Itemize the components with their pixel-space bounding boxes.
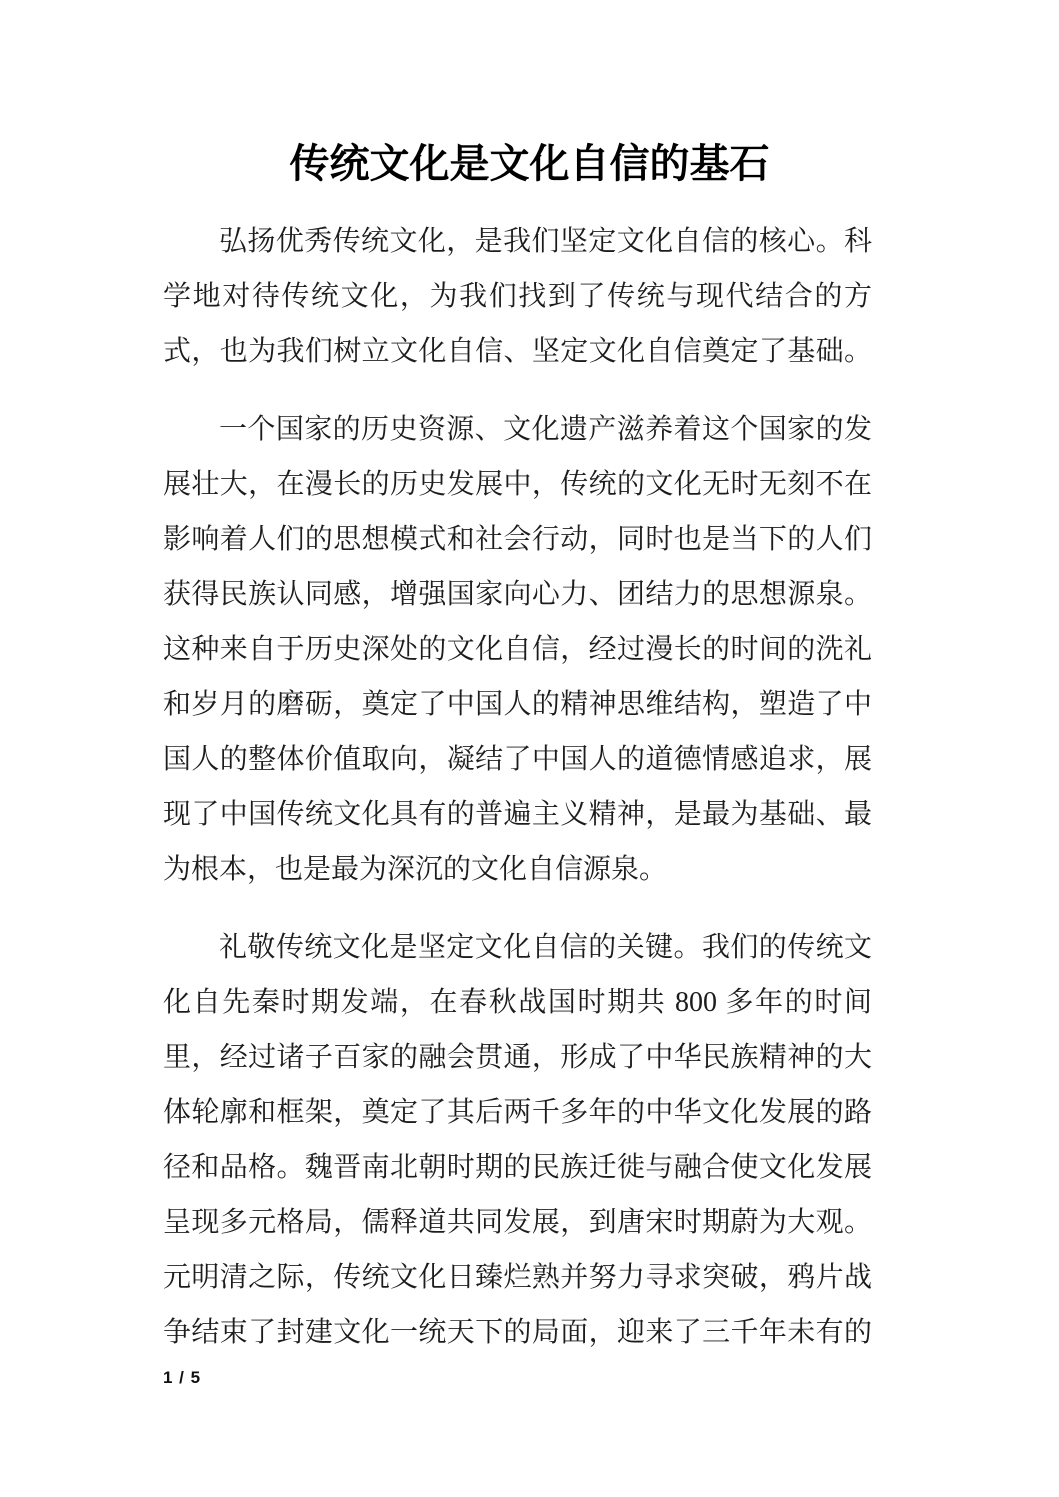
text-line: 径和品格。魏晋南北朝时期的民族迁徙与融合使文化发展 [163, 1140, 872, 1195]
text-line: 弘扬优秀传统文化，是我们坚定文化自信的核心。科 [163, 214, 872, 269]
text-line: 化自先秦时期发端，在春秋战国时期共 800 多年的时间 [163, 975, 872, 1030]
text-line: 里，经过诸子百家的融会贯通，形成了中华民族精神的大 [163, 1030, 872, 1085]
page-number: 1 / 5 [163, 1368, 201, 1388]
text-line: 礼敬传统文化是坚定文化自信的关键。我们的传统文 [163, 920, 872, 975]
document-title: 传统文化是文化自信的基石 [0, 0, 1059, 188]
text-line: 展壮大，在漫长的历史发展中，传统的文化无时无刻不在 [163, 457, 872, 512]
paragraph: 礼敬传统文化是坚定文化自信的关键。我们的传统文化自先秦时期发端，在春秋战国时期共… [163, 920, 872, 1360]
text-line: 争结束了封建文化一统天下的局面，迎来了三千年未有的 [163, 1305, 872, 1360]
document-page: 传统文化是文化自信的基石 弘扬优秀传统文化，是我们坚定文化自信的核心。科学地对待… [0, 0, 1059, 1497]
text-line: 影响着人们的思想模式和社会行动，同时也是当下的人们 [163, 512, 872, 567]
text-line: 元明清之际，传统文化日臻烂熟并努力寻求突破，鸦片战 [163, 1250, 872, 1305]
text-line: 式，也为我们树立文化自信、坚定文化自信奠定了基础。 [163, 324, 872, 379]
text-line: 这种来自于历史深处的文化自信，经过漫长的时间的洗礼 [163, 622, 872, 677]
paragraph: 一个国家的历史资源、文化遗产滋养着这个国家的发展壮大，在漫长的历史发展中，传统的… [163, 402, 872, 897]
document-body: 弘扬优秀传统文化，是我们坚定文化自信的核心。科学地对待传统文化，为我们找到了传统… [163, 214, 872, 1360]
text-line: 体轮廓和框架，奠定了其后两千多年的中华文化发展的路 [163, 1085, 872, 1140]
text-line: 为根本，也是最为深沉的文化自信源泉。 [163, 842, 872, 897]
text-line: 国人的整体价值取向，凝结了中国人的道德情感追求，展 [163, 732, 872, 787]
text-line: 学地对待传统文化，为我们找到了传统与现代结合的方 [163, 269, 872, 324]
text-line: 和岁月的磨砺，奠定了中国人的精神思维结构，塑造了中 [163, 677, 872, 732]
text-line: 获得民族认同感，增强国家向心力、团结力的思想源泉。 [163, 567, 872, 622]
text-line: 一个国家的历史资源、文化遗产滋养着这个国家的发 [163, 402, 872, 457]
text-line: 呈现多元格局，儒释道共同发展，到唐宋时期蔚为大观。 [163, 1195, 872, 1250]
paragraph: 弘扬优秀传统文化，是我们坚定文化自信的核心。科学地对待传统文化，为我们找到了传统… [163, 214, 872, 379]
text-line: 现了中国传统文化具有的普遍主义精神，是最为基础、最 [163, 787, 872, 842]
